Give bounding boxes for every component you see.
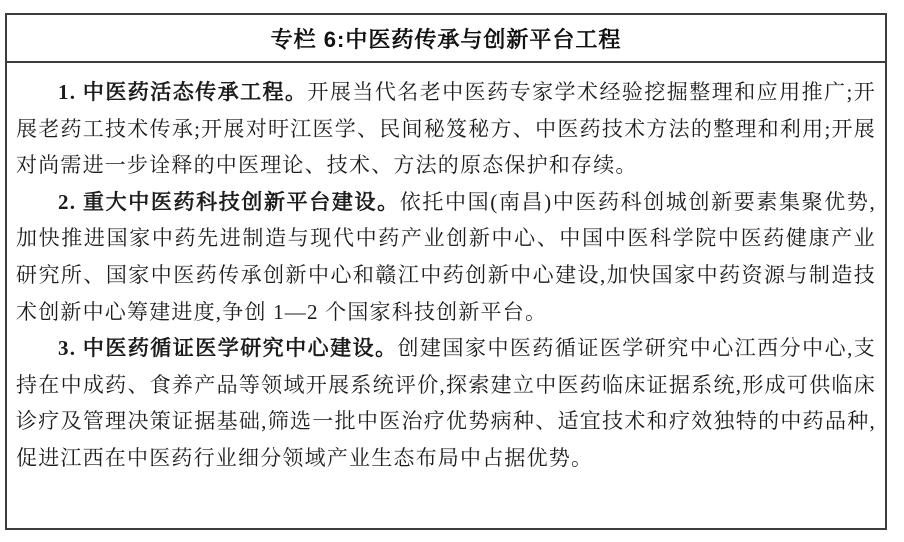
panel-title: 专栏 6:中医药传承与创新平台工程 <box>271 23 622 54</box>
item-1-heading: 1. 中医药活态传承工程。 <box>58 80 307 104</box>
item-paragraph-1: 1. 中医药活态传承工程。开展当代名老中医药专家学术经验挖掘整理和应用推广;开展… <box>16 74 876 184</box>
item-3-heading: 3. 中医药循证医学研究中心建设。 <box>58 336 398 360</box>
item-paragraph-3: 3. 中医药循证医学研究中心建设。创建国家中医药循证医学研究中心江西分中心,支持… <box>16 330 876 476</box>
item-paragraph-2: 2. 重大中医药科技创新平台建设。依托中国(南昌)中医药科创城创新要素集聚优势,… <box>16 184 876 330</box>
panel-header: 专栏 6:中医药传承与创新平台工程 <box>7 15 885 63</box>
column-box-panel: 专栏 6:中医药传承与创新平台工程 1. 中医药活态传承工程。开展当代名老中医药… <box>5 13 887 530</box>
page: { "panel": { "title": "专栏 6:中医药传承与创新平台工程… <box>0 0 904 542</box>
item-2-heading: 2. 重大中医药科技创新平台建设。 <box>58 190 400 214</box>
panel-body: 1. 中医药活态传承工程。开展当代名老中医药专家学术经验挖掘整理和应用推广;开展… <box>7 63 885 477</box>
